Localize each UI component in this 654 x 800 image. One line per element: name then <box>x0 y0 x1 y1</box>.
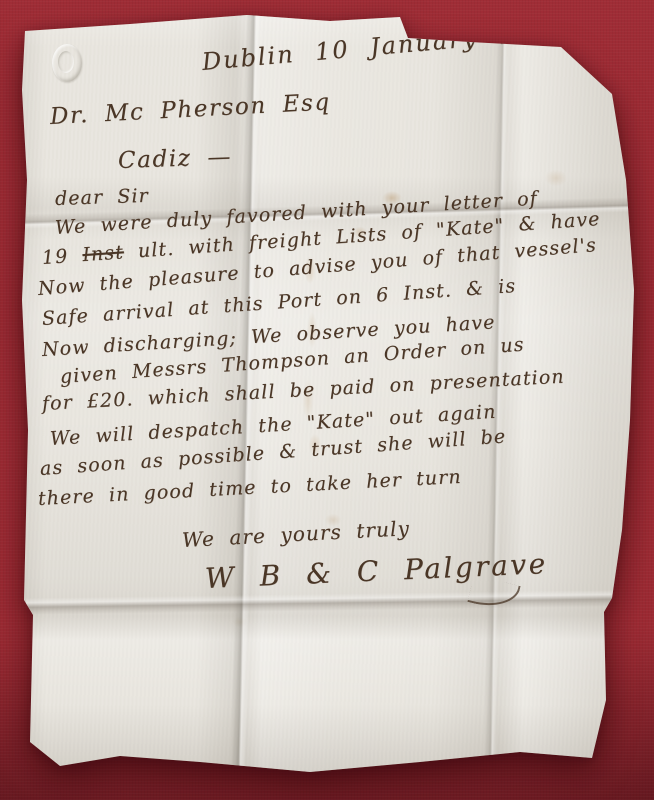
closing-line: We are yours truly <box>181 516 410 552</box>
embossed-seal <box>52 44 82 82</box>
strikethrough-word: Inst <box>82 241 125 266</box>
body-line-segment: 19 <box>41 244 83 269</box>
recipient-name: Dr. Mc Pherson Esq <box>49 89 331 130</box>
dateline: Dublin 10 January 1837 <box>201 16 569 76</box>
recipient-place: Cadiz — <box>118 144 233 174</box>
salutation: dear Sir <box>55 185 150 210</box>
letter-paper-wrapper: Dublin 10 January 1837 Dr. Mc Pherson Es… <box>0 0 654 800</box>
letter-paper: Dublin 10 January 1837 Dr. Mc Pherson Es… <box>0 0 654 800</box>
fold-crease-horizontal-bottom <box>26 590 614 615</box>
